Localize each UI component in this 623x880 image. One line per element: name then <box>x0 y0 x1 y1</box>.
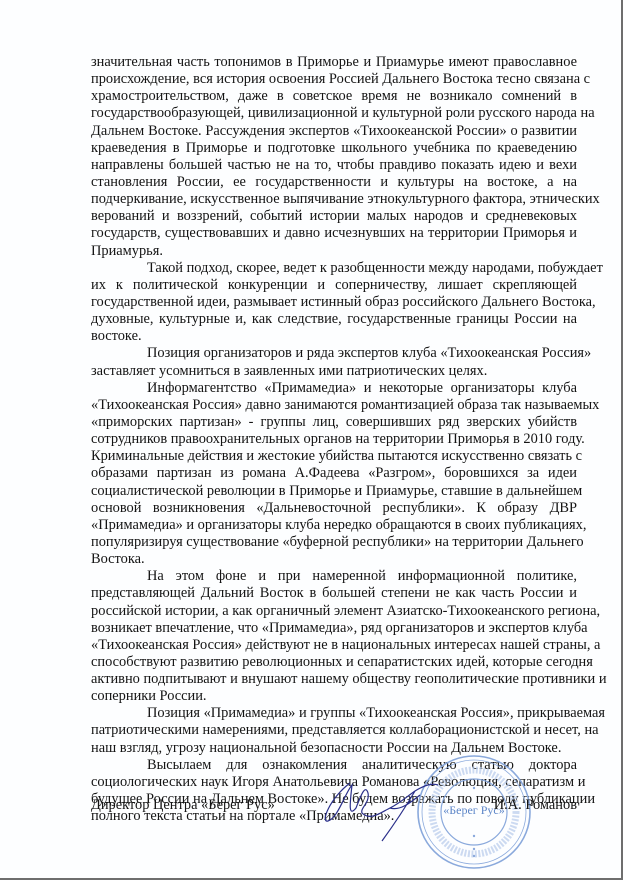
text-line: На этом фоне и при намеренной информацио… <box>91 568 577 585</box>
text-line: способствуют развитию революционных и се… <box>91 654 577 671</box>
text-line: Информагентство «Примамедиа» и некоторые… <box>91 380 577 397</box>
text-line: Такой подход, скорее, ведет к разобщенно… <box>91 260 577 277</box>
text-line: активно подпитывают и внушают нашему общ… <box>91 671 577 688</box>
text-line: востоке. <box>91 328 577 345</box>
letter-body: значительная часть топонимов в Приморье … <box>91 54 577 825</box>
text-line: духовные, культурные и, как следствие, г… <box>91 311 577 328</box>
text-line: сотрудников правоохранительных органов н… <box>91 431 577 448</box>
text-line: краеведения в Приморье и подготовке школ… <box>91 140 577 157</box>
text-line: верований и воззрений, событий истории м… <box>91 208 577 225</box>
text-line: патриотическими намерениями, представляе… <box>91 722 577 739</box>
text-line: подчеркивание, искусственное выпячивание… <box>91 191 577 208</box>
text-line: направлены большей частью не на то, чтоб… <box>91 157 577 174</box>
text-line: «Тихоокеанская Россия» действуют не в на… <box>91 637 577 654</box>
text-line: государственной идеи, размывает истинный… <box>91 294 577 311</box>
text-line: Востока. <box>91 551 577 568</box>
text-line: социалистической революции в Приморье и … <box>91 483 577 500</box>
text-line: возникает впечатление, что «Примамедиа»,… <box>91 620 577 637</box>
text-line: Криминальные действия и жестокие убийств… <box>91 448 577 465</box>
text-line: представляющей Дальний Восток в большей … <box>91 585 577 602</box>
paragraph: На этом фоне и при намеренной информацио… <box>91 568 577 705</box>
text-line: российской истории, а как органичный эле… <box>91 603 577 620</box>
document-page: значительная часть топонимов в Приморье … <box>0 0 623 880</box>
text-line: происхождение, вся история освоения Росс… <box>91 71 577 88</box>
text-line: образами партизан из романа А.Фадеева «Р… <box>91 465 577 482</box>
text-line: государств, существовавших и давно исчез… <box>91 225 577 242</box>
paragraph: значительная часть топонимов в Приморье … <box>91 54 577 260</box>
text-line: становления России, ее государственности… <box>91 174 577 191</box>
text-line: Позиция «Примамедиа» и группы «Тихоокеан… <box>91 705 577 722</box>
signatory-name: И.А. Романов <box>494 797 577 814</box>
paragraph: Такой подход, скорее, ведет к разобщенно… <box>91 260 577 346</box>
text-line: популяризируя существование «буферной ре… <box>91 534 577 551</box>
text-line: Дальнем Востоке. Рассуждения экспертов «… <box>91 123 577 140</box>
signatory-position: Директор Центра «Берег Рус» <box>91 797 275 814</box>
paragraph: Позиция организаторов и ряда экспертов к… <box>91 345 577 379</box>
text-line: «Примамедиа» и организаторы клуба нередк… <box>91 517 577 534</box>
text-line: храмостроительством, даже в советское вр… <box>91 88 577 105</box>
text-line: основой возникновения «Дальневосточной р… <box>91 500 577 517</box>
text-line: соперники России. <box>91 688 577 705</box>
text-line: заставляет усомниться в заявленных ими п… <box>91 363 577 380</box>
text-line: Приамурья. <box>91 243 577 260</box>
paragraph: Информагентство «Примамедиа» и некоторые… <box>91 380 577 569</box>
text-line: «приморских партизан» - группы лиц, сове… <box>91 414 577 431</box>
text-line: значительная часть топонимов в Приморье … <box>91 54 577 71</box>
signature-block: Директор Центра «Берег Рус» И.А. Романов <box>91 797 577 817</box>
text-line: «Тихоокеанская Россия» давно занимаются … <box>91 397 577 414</box>
text-line: их к политической конкуренции и сопернич… <box>91 277 577 294</box>
text-line: Позиция организаторов и ряда экспертов к… <box>91 345 577 362</box>
text-line: государствообразующей, цивилизационной и… <box>91 105 577 122</box>
paragraph: Позиция «Примамедиа» и группы «Тихоокеан… <box>91 705 577 756</box>
